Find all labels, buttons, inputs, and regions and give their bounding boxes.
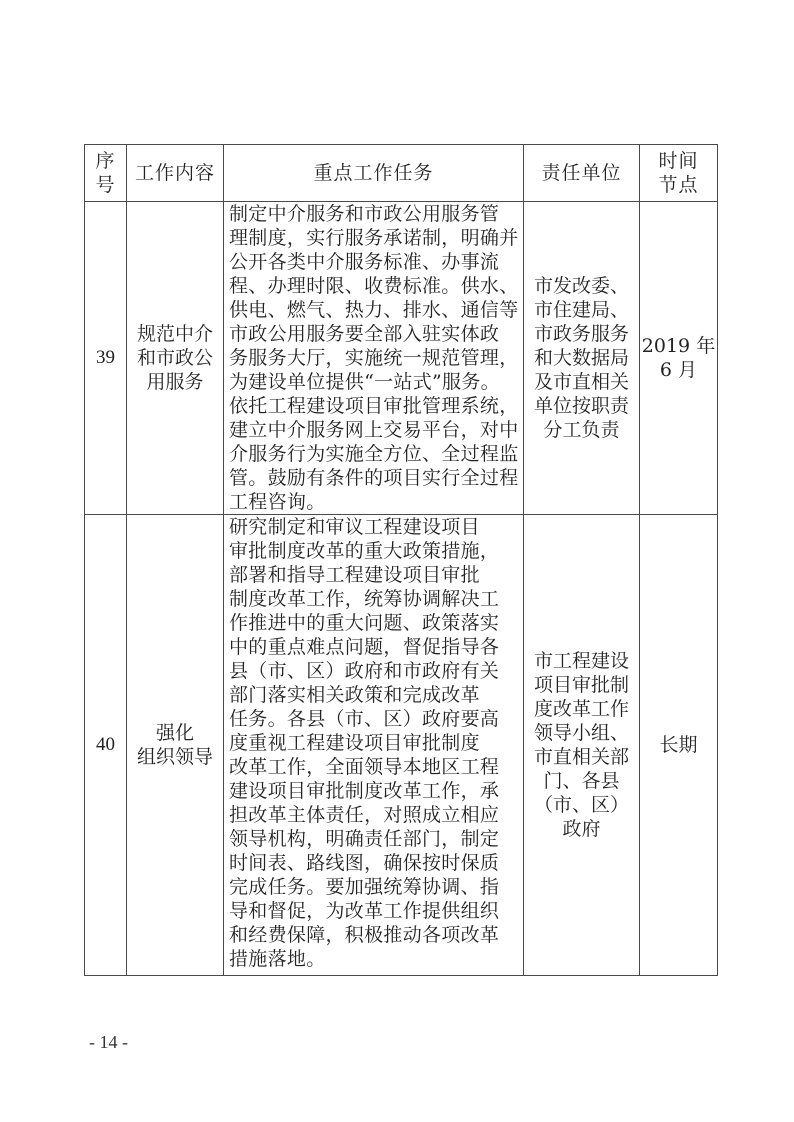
responsible-unit-cell: 市发改委、 市住建局、 市政务服务 和大数据局 及市直相关 单位按职责 分工负责	[524, 202, 640, 515]
task-line: 务服务大厅，实施统一规范管理，	[229, 346, 519, 370]
task-line: 度重视工程建设项目审批制度	[229, 731, 519, 755]
header-content: 工作内容	[127, 145, 224, 202]
time-line: 长期	[640, 733, 717, 757]
task-line: 担改革主体责任，对照成立相应	[229, 803, 519, 827]
task-line: 导和督促，为改革工作提供组织	[229, 899, 519, 923]
unit-line: 市工程建设	[524, 649, 639, 673]
task-line: 依托工程建设项目审批管理系统，	[229, 394, 519, 418]
task-line: 理制度，实行服务承诺制，明确并	[229, 226, 519, 250]
task-line: 程、办理时限、收费标准。供水、	[229, 274, 519, 298]
task-line: 介服务行为实施全方位、全过程监	[229, 442, 519, 466]
responsible-unit-cell: 市工程建设 项目审批制 度改革工作 领导小组、 市直相关部 门、各县 （市、区）…	[524, 515, 640, 976]
unit-line: 和大数据局	[524, 346, 639, 370]
task-line: 中的重点难点问题，督促指导各	[229, 635, 519, 659]
task-line: 建设项目审批制度改革工作，承	[229, 779, 519, 803]
task-line: 部门落实相关政策和完成改革	[229, 683, 519, 707]
row-number: 39	[85, 202, 127, 515]
content-line: 规范中介	[127, 322, 223, 346]
unit-line: （市、区）	[524, 793, 639, 817]
header-time: 时间 节点	[640, 145, 718, 202]
task-line: 供电、燃气、热力、排水、通信等	[229, 298, 519, 322]
work-task-table: 序 号 工作内容 重点工作任务 责任单位 时间 节点 39 规范中介 和市政公 …	[84, 144, 718, 976]
header-no: 序 号	[85, 145, 127, 202]
unit-line: 市直相关部	[524, 745, 639, 769]
work-content-cell: 规范中介 和市政公 用服务	[127, 202, 224, 515]
task-line: 制定中介服务和市政公用服务管	[229, 202, 519, 226]
header-time-line: 时间	[640, 149, 717, 173]
row-number: 40	[85, 515, 127, 976]
header-time-line: 节点	[640, 173, 717, 197]
unit-line: 政府	[524, 817, 639, 841]
time-node-cell: 2019 年 6 月	[640, 202, 718, 515]
task-line: 部署和指导工程建设项目审批	[229, 563, 519, 587]
time-node-cell: 长期	[640, 515, 718, 976]
table-row: 40 强化 组织领导 研究制定和审议工程建设项目 审批制度改革的重大政策措施， …	[85, 515, 718, 976]
header-no-line: 号	[85, 173, 126, 197]
task-line: 公开各类中介服务标准、办事流	[229, 250, 519, 274]
content-line: 强化	[127, 721, 223, 745]
task-line: 研究制定和审议工程建设项目	[229, 515, 519, 539]
table-header-row: 序 号 工作内容 重点工作任务 责任单位 时间 节点	[85, 145, 718, 202]
unit-line: 门、各县	[524, 769, 639, 793]
task-line: 作推进中的重大问题、政策落实	[229, 611, 519, 635]
unit-line: 领导小组、	[524, 721, 639, 745]
task-line: 和经费保障，积极推动各项改革	[229, 923, 519, 947]
header-unit: 责任单位	[524, 145, 640, 202]
unit-line: 项目审批制	[524, 673, 639, 697]
unit-line: 单位按职责	[524, 394, 639, 418]
unit-line: 市住建局、	[524, 298, 639, 322]
task-line: 市政公用服务要全部入驻实体政	[229, 322, 519, 346]
key-task-cell: 制定中介服务和市政公用服务管 理制度，实行服务承诺制，明确并 公开各类中介服务标…	[224, 202, 524, 515]
table-row: 39 规范中介 和市政公 用服务 制定中介服务和市政公用服务管 理制度，实行服务…	[85, 202, 718, 515]
unit-line: 市政务服务	[524, 322, 639, 346]
page-number: - 14 -	[89, 1032, 128, 1053]
time-line: 6 月	[640, 358, 717, 382]
task-line: 管。鼓励有条件的项目实行全过程	[229, 466, 519, 490]
unit-line: 分工负责	[524, 418, 639, 442]
task-line: 工程咨询。	[229, 490, 519, 514]
task-line: 审批制度改革的重大政策措施，	[229, 539, 519, 563]
task-line: 为建设单位提供“一站式”服务。	[229, 370, 519, 394]
unit-line: 度改革工作	[524, 697, 639, 721]
task-line: 建立中介服务网上交易平台，对中	[229, 418, 519, 442]
task-line: 任务。各县（市、区）政府要高	[229, 707, 519, 731]
task-line: 措施落地。	[229, 947, 519, 971]
key-task-cell: 研究制定和审议工程建设项目 审批制度改革的重大政策措施， 部署和指导工程建设项目…	[224, 515, 524, 976]
unit-line: 市发改委、	[524, 274, 639, 298]
work-content-cell: 强化 组织领导	[127, 515, 224, 976]
unit-line: 及市直相关	[524, 370, 639, 394]
task-line: 完成任务。要加强统筹协调、指	[229, 875, 519, 899]
header-no-line: 序	[85, 149, 126, 173]
task-line: 制度改革工作，统筹协调解决工	[229, 587, 519, 611]
task-line: 时间表、路线图，确保按时保质	[229, 851, 519, 875]
time-line: 2019 年	[640, 334, 717, 358]
task-line: 领导机构，明确责任部门，制定	[229, 827, 519, 851]
task-line: 县（市、区）政府和市政府有关	[229, 659, 519, 683]
task-line: 改革工作，全面领导本地区工程	[229, 755, 519, 779]
content-line: 组织领导	[127, 745, 223, 769]
content-line: 用服务	[127, 370, 223, 394]
content-line: 和市政公	[127, 346, 223, 370]
header-task: 重点工作任务	[224, 145, 524, 202]
